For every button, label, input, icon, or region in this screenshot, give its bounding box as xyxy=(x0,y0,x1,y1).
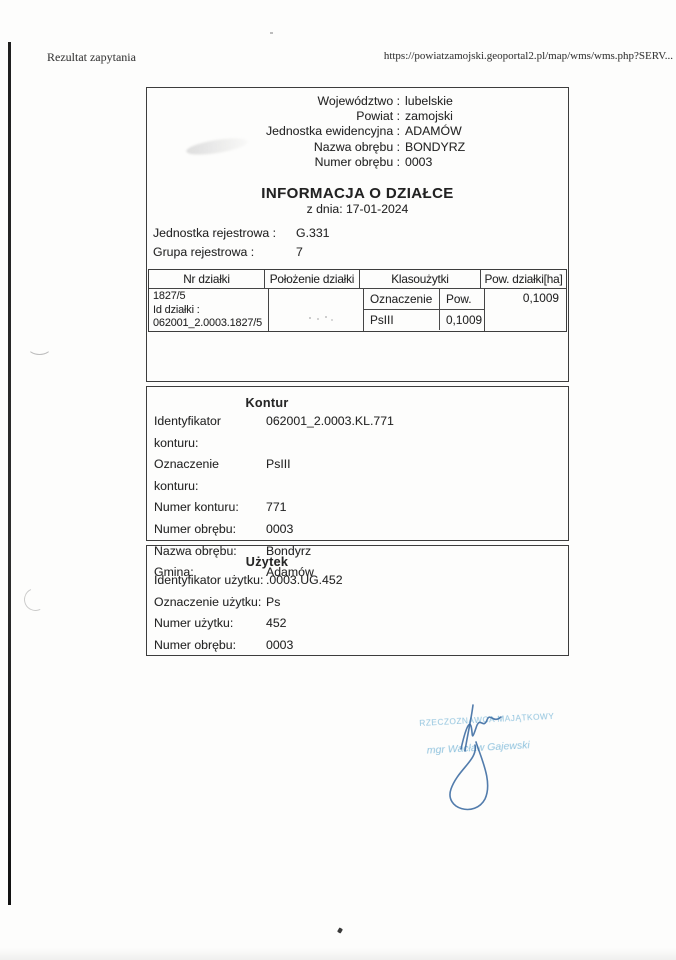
print-header-url: https://powiatzamojski.geoportal2.pl/map… xyxy=(384,50,673,62)
document-title: INFORMACJA O DZIAŁCE xyxy=(147,185,568,202)
register-label: Grupa rejestrowa : xyxy=(153,243,296,262)
signature-scribble xyxy=(423,695,553,820)
meta-label: Nazwa obrębu : xyxy=(147,140,400,155)
uzytek-value: 0003 xyxy=(266,635,562,657)
col-header-nr-dzialki: Nr działki xyxy=(149,270,265,288)
kontur-label: Identyfikator konturu: xyxy=(154,411,266,454)
scanned-document-page: Rezultat zapytania https://powiatzamojsk… xyxy=(0,0,676,960)
kontur-label: Numer obrębu: xyxy=(154,519,266,541)
uzytek-value: .0003.UG.452 xyxy=(266,570,562,592)
parcel-table-data-row: 1827/5 Id działki : 062001_2.0003.1827/5… xyxy=(149,289,566,331)
register-block: Jednostka rejestrowa : G.331 Grupa rejes… xyxy=(153,224,330,261)
uzytek-label: Numer obrębu: xyxy=(154,635,266,657)
print-header-title: Rezultat zapytania xyxy=(47,50,136,65)
uzytek-rows: Identyfikator użytku: .0003.UG.452 Oznac… xyxy=(154,570,562,656)
parcel-number: 1827/5 xyxy=(153,290,268,304)
klaso-subheader-row: Oznaczenie Pow. xyxy=(364,289,484,310)
kontur-value: 062001_2.0003.KL.771 xyxy=(266,411,562,454)
uzytek-value: 452 xyxy=(266,613,562,635)
meta-value: zamojski xyxy=(405,109,568,124)
kontur-value: 771 xyxy=(266,497,562,519)
klaso-oznaczenie-header: Oznaczenie xyxy=(364,289,440,309)
scan-speck-bottom xyxy=(337,927,343,933)
cell-pow-dzialki: 0,1009 xyxy=(485,289,566,331)
scan-noise-dots xyxy=(309,317,311,319)
meta-value: lubelskie xyxy=(405,94,568,109)
cell-nr-dzialki: 1827/5 Id działki : 062001_2.0003.1827/5 xyxy=(149,289,269,331)
uzytek-box: Użytek Identyfikator użytku: .0003.UG.45… xyxy=(146,545,569,656)
col-header-klasouzytki: Klasoużytki xyxy=(360,270,481,288)
col-header-pow-dzialki: Pow. działki[ha] xyxy=(481,270,566,288)
kontur-value: 0003 xyxy=(266,519,562,541)
parcel-table-header-row: Nr działki Położenie działki Klasoużytki… xyxy=(149,270,566,289)
meta-value: BONDYRZ xyxy=(405,140,568,155)
scan-bottom-shadow xyxy=(0,948,676,960)
register-value: 7 xyxy=(296,243,330,262)
meta-label: Numer obrębu : xyxy=(147,155,400,170)
cell-polozenie xyxy=(269,289,364,331)
register-value: G.331 xyxy=(296,224,330,243)
scan-edge-bar-artifact xyxy=(8,42,11,905)
register-label: Jednostka rejestrowa : xyxy=(153,224,296,243)
kontur-value: PsIII xyxy=(266,454,562,497)
scan-arc-artifact-upper xyxy=(27,338,52,355)
location-meta-block: Województwo : lubelskie Powiat : zamojsk… xyxy=(147,94,568,170)
kontur-box: Kontur Identyfikator konturu: 062001_2.0… xyxy=(146,386,569,541)
uzytek-label: Identyfikator użytku: xyxy=(154,570,266,592)
kontur-label: Numer konturu: xyxy=(154,497,266,519)
kontur-title: Kontur xyxy=(147,396,387,410)
klaso-pow-header: Pow. xyxy=(440,289,484,309)
klaso-value-row: PsIII 0,1009 xyxy=(364,310,484,330)
meta-label: Jednostka ewidencyjna : xyxy=(147,124,400,139)
meta-value: 0003 xyxy=(405,155,568,170)
uzytek-title: Użytek xyxy=(147,555,387,569)
parcel-table: Nr działki Położenie działki Klasoużytki… xyxy=(148,269,567,332)
meta-value: ADAMÓW xyxy=(405,124,568,139)
meta-label: Województwo : xyxy=(147,94,400,109)
uzytek-label: Numer użytku: xyxy=(154,613,266,635)
document-date: z dnia: 17-01-2024 xyxy=(147,202,568,216)
parcel-id-label: Id działki : xyxy=(153,304,268,318)
uzytek-value: Ps xyxy=(266,592,562,614)
meta-label: Powiat : xyxy=(147,109,400,124)
cell-klasouzytki: Oznaczenie Pow. PsIII 0,1009 xyxy=(364,289,485,331)
parcel-id-value: 062001_2.0003.1827/5 xyxy=(153,317,268,331)
col-header-polozenie: Położenie działki xyxy=(265,270,360,288)
scan-arc-artifact-lower xyxy=(21,585,50,614)
parcel-info-box: Województwo : lubelskie Powiat : zamojsk… xyxy=(146,87,569,382)
uzytek-label: Oznaczenie użytku: xyxy=(154,592,266,614)
klaso-oznaczenie-value: PsIII xyxy=(364,310,440,330)
klaso-pow-value: 0,1009 xyxy=(440,310,484,330)
scan-speck-top xyxy=(270,32,273,34)
kontur-label: Oznaczenie konturu: xyxy=(154,454,266,497)
